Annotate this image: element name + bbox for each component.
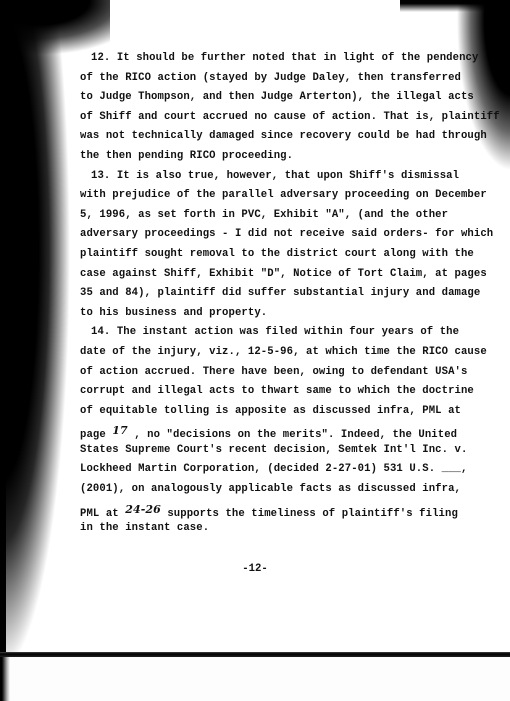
paragraph-13-line: adversary proceedings - I did not receiv… [80,225,500,245]
paragraph-14-line: 14. The instant action was filed within … [80,323,500,343]
paragraph-13-line: 13. It is also true, however, that upon … [80,167,500,187]
paragraph-14-line: Lockheed Martin Corporation, (decided 2-… [80,460,500,480]
scanner-shadow-bottom-left [0,657,10,701]
paragraph-14-line: corrupt and illegal acts to thwart same … [80,382,500,402]
paragraph-14-line: of action accrued. There have been, owin… [80,363,500,383]
paragraph-14-line: date of the injury, viz., 12-5-96, at wh… [80,343,500,363]
paragraph-14-line: (2001), on analogously applicable facts … [80,480,500,500]
text-fragment: , no "decisions on the merits". Indeed, … [128,429,457,441]
paragraph-12-line: was not technically damaged since recove… [80,127,500,147]
paragraph-13-line: 35 and 84), plaintiff did suffer substan… [80,284,500,304]
paragraph-13-line: to his business and property. [80,304,500,324]
handwritten-page-number: 17 [112,424,128,437]
paragraph-12-line: the then pending RICO proceeding. [80,147,500,167]
paragraph-14-line-page-ref: page 17 , no "decisions on the merits". … [80,421,500,441]
document-body: 12. It should be further noted that in l… [80,49,500,539]
scanner-bed-strip [0,657,510,701]
paragraph-13-line: 5, 1996, as set forth in PVC, Exhibit "A… [80,206,500,226]
paragraph-13-line: plaintiff sought removal to the district… [80,245,500,265]
paragraph-12-line: of Shiff and court accrued no cause of a… [80,108,500,128]
handwritten-page-range: 24-26 [125,503,161,516]
scanner-shadow-left [0,0,75,660]
scanner-edge-left [0,0,6,655]
scanner-shadow-top-right [400,0,510,12]
text-fragment: PML at [80,508,125,520]
paragraph-14-line-pml-ref: PML at 24-26 supports the timeliness of … [80,500,500,520]
paragraph-12-line: of the RICO action (stayed by Judge Dale… [80,69,500,89]
text-fragment: supports the timeliness of plaintiff's f… [161,508,458,520]
paragraph-14-line: of equitable tolling is apposite as disc… [80,402,500,422]
paragraph-12-line: to Judge Thompson, and then Judge Artert… [80,88,500,108]
text-fragment: page [80,429,112,441]
paragraph-14-line: States Supreme Court's recent decision, … [80,441,500,461]
paragraph-13-line: case against Shiff, Exhibit "D", Notice … [80,265,500,285]
paragraph-12-line: 12. It should be further noted that in l… [80,49,500,69]
scanned-page: 12. It should be further noted that in l… [0,0,510,701]
paragraph-14-line: in the instant case. [80,519,500,539]
page-number: -12- [0,563,510,575]
paragraph-13-line: with prejudice of the parallel adversary… [80,186,500,206]
